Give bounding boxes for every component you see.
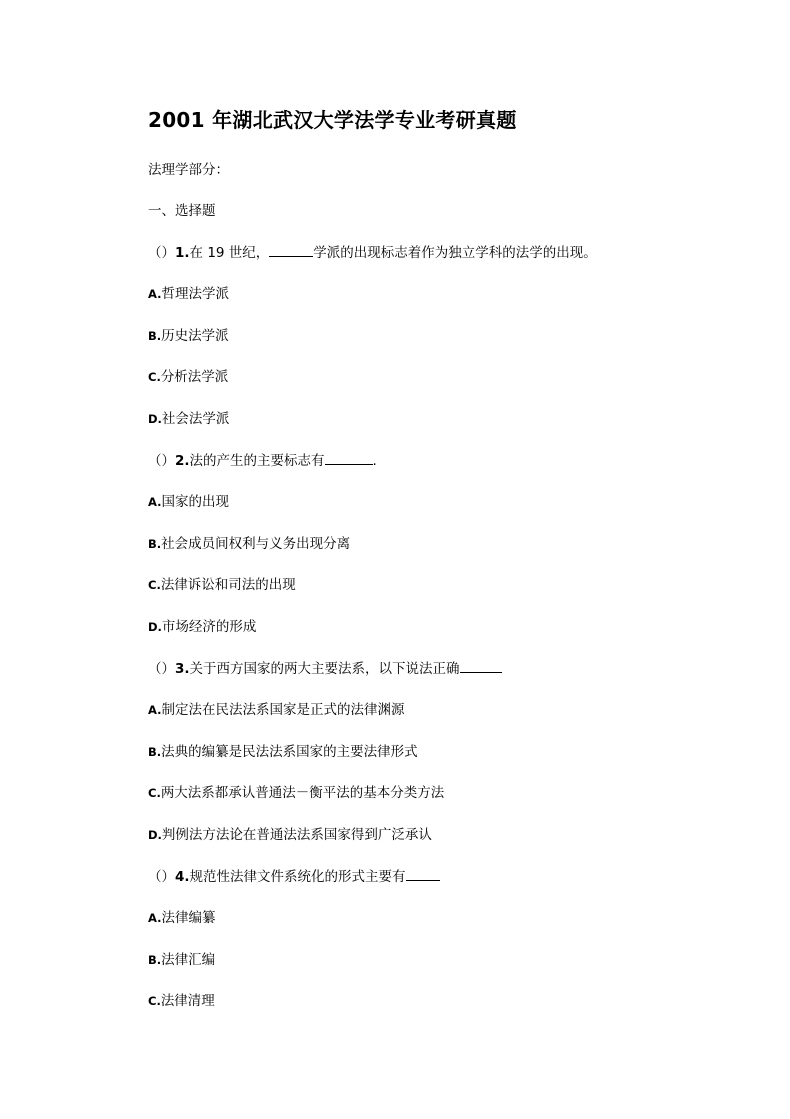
option-text: 法律编纂 xyxy=(161,910,215,926)
option-4a: A.法律编纂 xyxy=(148,909,215,927)
option-label: C. xyxy=(148,370,161,384)
option-text: 社会成员间权利与义务出现分离 xyxy=(161,536,350,552)
document-page: 2001 年湖北武汉大学法学专业考研真题 法理学部分： 一、选择题 （）1.在 … xyxy=(0,0,790,1119)
question-number: 4. xyxy=(175,869,190,885)
option-label: D. xyxy=(148,620,162,634)
option-text: 法典的编纂是民法法系国家的主要法律形式 xyxy=(161,744,418,760)
option-4b: B.法律汇编 xyxy=(148,951,215,969)
option-text: 国家的出现 xyxy=(161,494,229,510)
question-number: 3. xyxy=(175,661,190,677)
question-4: （）4.规范性法律文件系统化的形式主要有 xyxy=(148,868,440,886)
option-1a: A.哲理法学派 xyxy=(148,285,229,303)
option-text: 制定法在民法法系国家是正式的法律渊源 xyxy=(161,702,404,718)
question-text: 法的产生的主要标志有 xyxy=(190,453,325,469)
option-2c: C.法律诉讼和司法的出现 xyxy=(148,576,296,594)
option-label: B. xyxy=(148,537,161,551)
option-label: C. xyxy=(148,994,161,1008)
option-label: D. xyxy=(148,412,162,426)
question-3: （）3.关于西方国家的两大主要法系，以下说法正确 xyxy=(148,660,502,678)
option-label: B. xyxy=(148,745,161,759)
question-text: 规范性法律文件系统化的形式主要有 xyxy=(190,869,406,885)
fill-blank xyxy=(460,660,502,673)
question-text-after: 学派的出现标志着作为独立学科的法学的出现。 xyxy=(313,245,597,261)
option-3c: C.两大法系都承认普通法－衡平法的基本分类方法 xyxy=(148,784,444,802)
answer-bracket: （） xyxy=(148,245,175,261)
option-label: A. xyxy=(148,495,161,509)
question-2: （）2.法的产生的主要标志有. xyxy=(148,452,377,470)
option-label: A. xyxy=(148,911,161,925)
fill-blank xyxy=(406,868,440,881)
question-text: 关于西方国家的两大主要法系，以下说法正确 xyxy=(190,661,460,677)
option-text: 社会法学派 xyxy=(162,411,230,427)
option-2b: B.社会成员间权利与义务出现分离 xyxy=(148,535,350,553)
option-text: 法律清理 xyxy=(161,993,215,1009)
option-label: D. xyxy=(148,828,162,842)
subsection-heading: 一、选择题 xyxy=(148,202,216,220)
option-text: 市场经济的形成 xyxy=(162,619,257,635)
option-2a: A.国家的出现 xyxy=(148,493,229,511)
option-text: 两大法系都承认普通法－衡平法的基本分类方法 xyxy=(161,785,445,801)
answer-bracket: （） xyxy=(148,661,175,677)
option-2d: D.市场经济的形成 xyxy=(148,618,256,636)
option-3b: B.法典的编纂是民法法系国家的主要法律形式 xyxy=(148,743,418,761)
option-label: A. xyxy=(148,703,161,717)
answer-bracket: （） xyxy=(148,453,175,469)
option-text: 判例法方法论在普通法法系国家得到广泛承认 xyxy=(162,827,432,843)
question-text: 在 19 世纪， xyxy=(190,245,270,261)
option-label: B. xyxy=(148,953,161,967)
option-3a: A.制定法在民法法系国家是正式的法律渊源 xyxy=(148,701,404,719)
answer-bracket: （） xyxy=(148,869,175,885)
option-1b: B.历史法学派 xyxy=(148,327,229,345)
option-3d: D.判例法方法论在普通法法系国家得到广泛承认 xyxy=(148,826,432,844)
option-label: C. xyxy=(148,578,161,592)
question-number: 1. xyxy=(175,245,190,261)
question-1: （）1.在 19 世纪，学派的出现标志着作为独立学科的法学的出现。 xyxy=(148,244,597,262)
option-text: 历史法学派 xyxy=(161,328,229,344)
fill-blank xyxy=(269,244,313,257)
section-heading: 法理学部分： xyxy=(148,161,229,179)
option-text: 法律诉讼和司法的出现 xyxy=(161,577,296,593)
option-label: C. xyxy=(148,786,161,800)
option-label: B. xyxy=(148,329,161,343)
option-1c: C.分析法学派 xyxy=(148,368,228,386)
option-label: A. xyxy=(148,287,161,301)
option-text: 分析法学派 xyxy=(161,369,229,385)
question-number: 2. xyxy=(175,453,190,469)
option-4c: C.法律清理 xyxy=(148,992,215,1010)
option-1d: D.社会法学派 xyxy=(148,410,229,428)
option-text: 法律汇编 xyxy=(161,952,215,968)
fill-blank xyxy=(325,452,373,465)
option-text: 哲理法学派 xyxy=(161,286,229,302)
document-title: 2001 年湖北武汉大学法学专业考研真题 xyxy=(148,104,517,133)
question-text-after: . xyxy=(373,453,377,469)
